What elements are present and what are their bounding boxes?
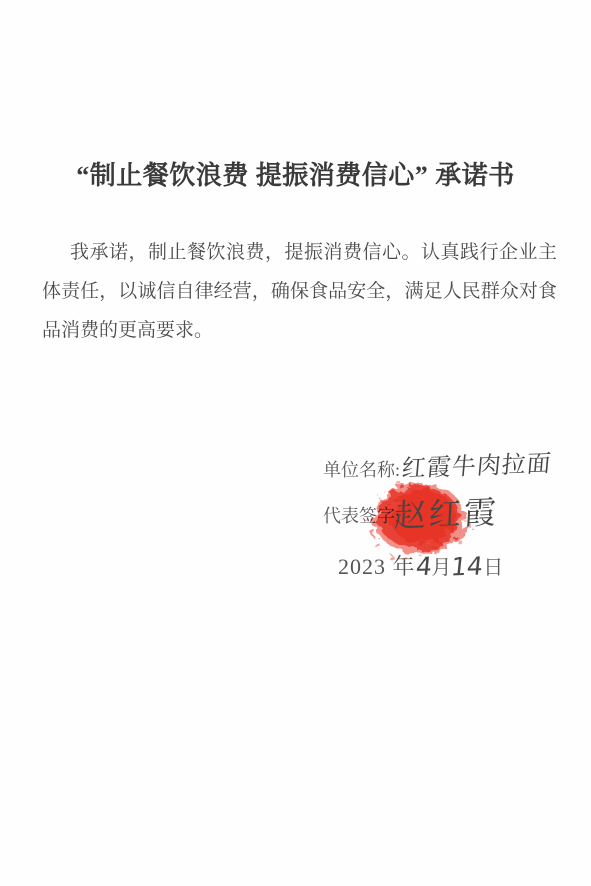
commitment-letter-page: “制止餐饮浪费 提振消费信心” 承诺书 我承诺，制止餐饮浪费，提振消费信心。认真… [0, 0, 591, 886]
representative-signature-handwritten: 赵红霞 [393, 487, 500, 537]
body-paragraph: 我承诺，制止餐饮浪费，提振消费信心。认真践行企业主体责任，以诚信自律经营，确保食… [42, 233, 557, 350]
document-title: “制止餐饮浪费 提振消费信心” 承诺书 [0, 158, 591, 194]
unit-name-handwritten: 红霞牛肉拉面 [401, 443, 554, 483]
